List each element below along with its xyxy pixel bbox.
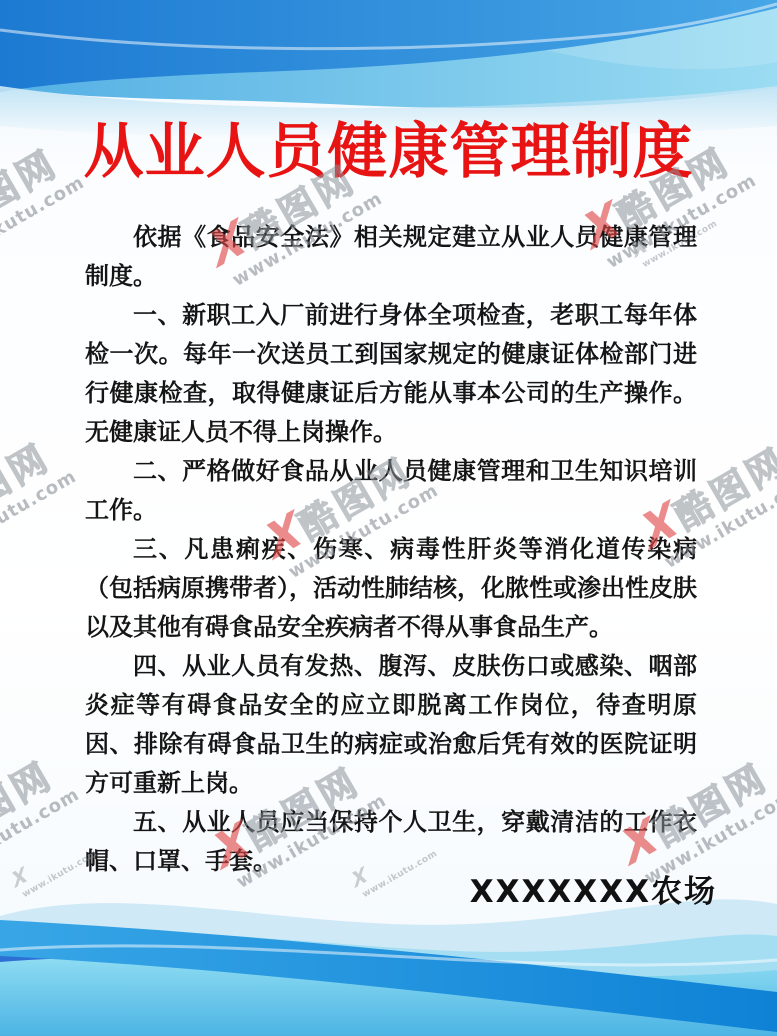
regulation-text: 依据《食品安全法》相关规定建立从业人员健康管理制度。 一、新职工入厂前进行身体全…	[85, 218, 697, 881]
regulation-paragraph: 四、从业人员有发热、腹泻、皮肤伤口或感染、咽部炎症等有碍食品安全的应立即脱离工作…	[85, 647, 697, 803]
poster-page: 从业人员健康管理制度 依据《食品安全法》相关规定建立从业人员健康管理制度。 一、…	[0, 0, 777, 1036]
poster-title: 从业人员健康管理制度	[0, 104, 777, 190]
regulation-paragraph: 一、新职工入厂前进行身体全项检查，老职工每年体检一次。每年一次送员工到国家规定的…	[85, 296, 697, 452]
regulation-paragraph: 依据《食品安全法》相关规定建立从业人员健康管理制度。	[85, 218, 697, 296]
regulation-paragraph: 三、凡患痢疾、伤寒、病毒性肝炎等消化道传染病（包括病原携带者），活动性肺结核，化…	[85, 530, 697, 647]
watermark-site-name: 酷图网	[0, 756, 59, 850]
watermark-site-name: 酷图网	[0, 438, 56, 532]
signature: XXXXXXX农场	[470, 866, 717, 911]
regulation-paragraph: 二、严格做好食品从业人员健康管理和卫生知识培训工作。	[85, 452, 697, 530]
